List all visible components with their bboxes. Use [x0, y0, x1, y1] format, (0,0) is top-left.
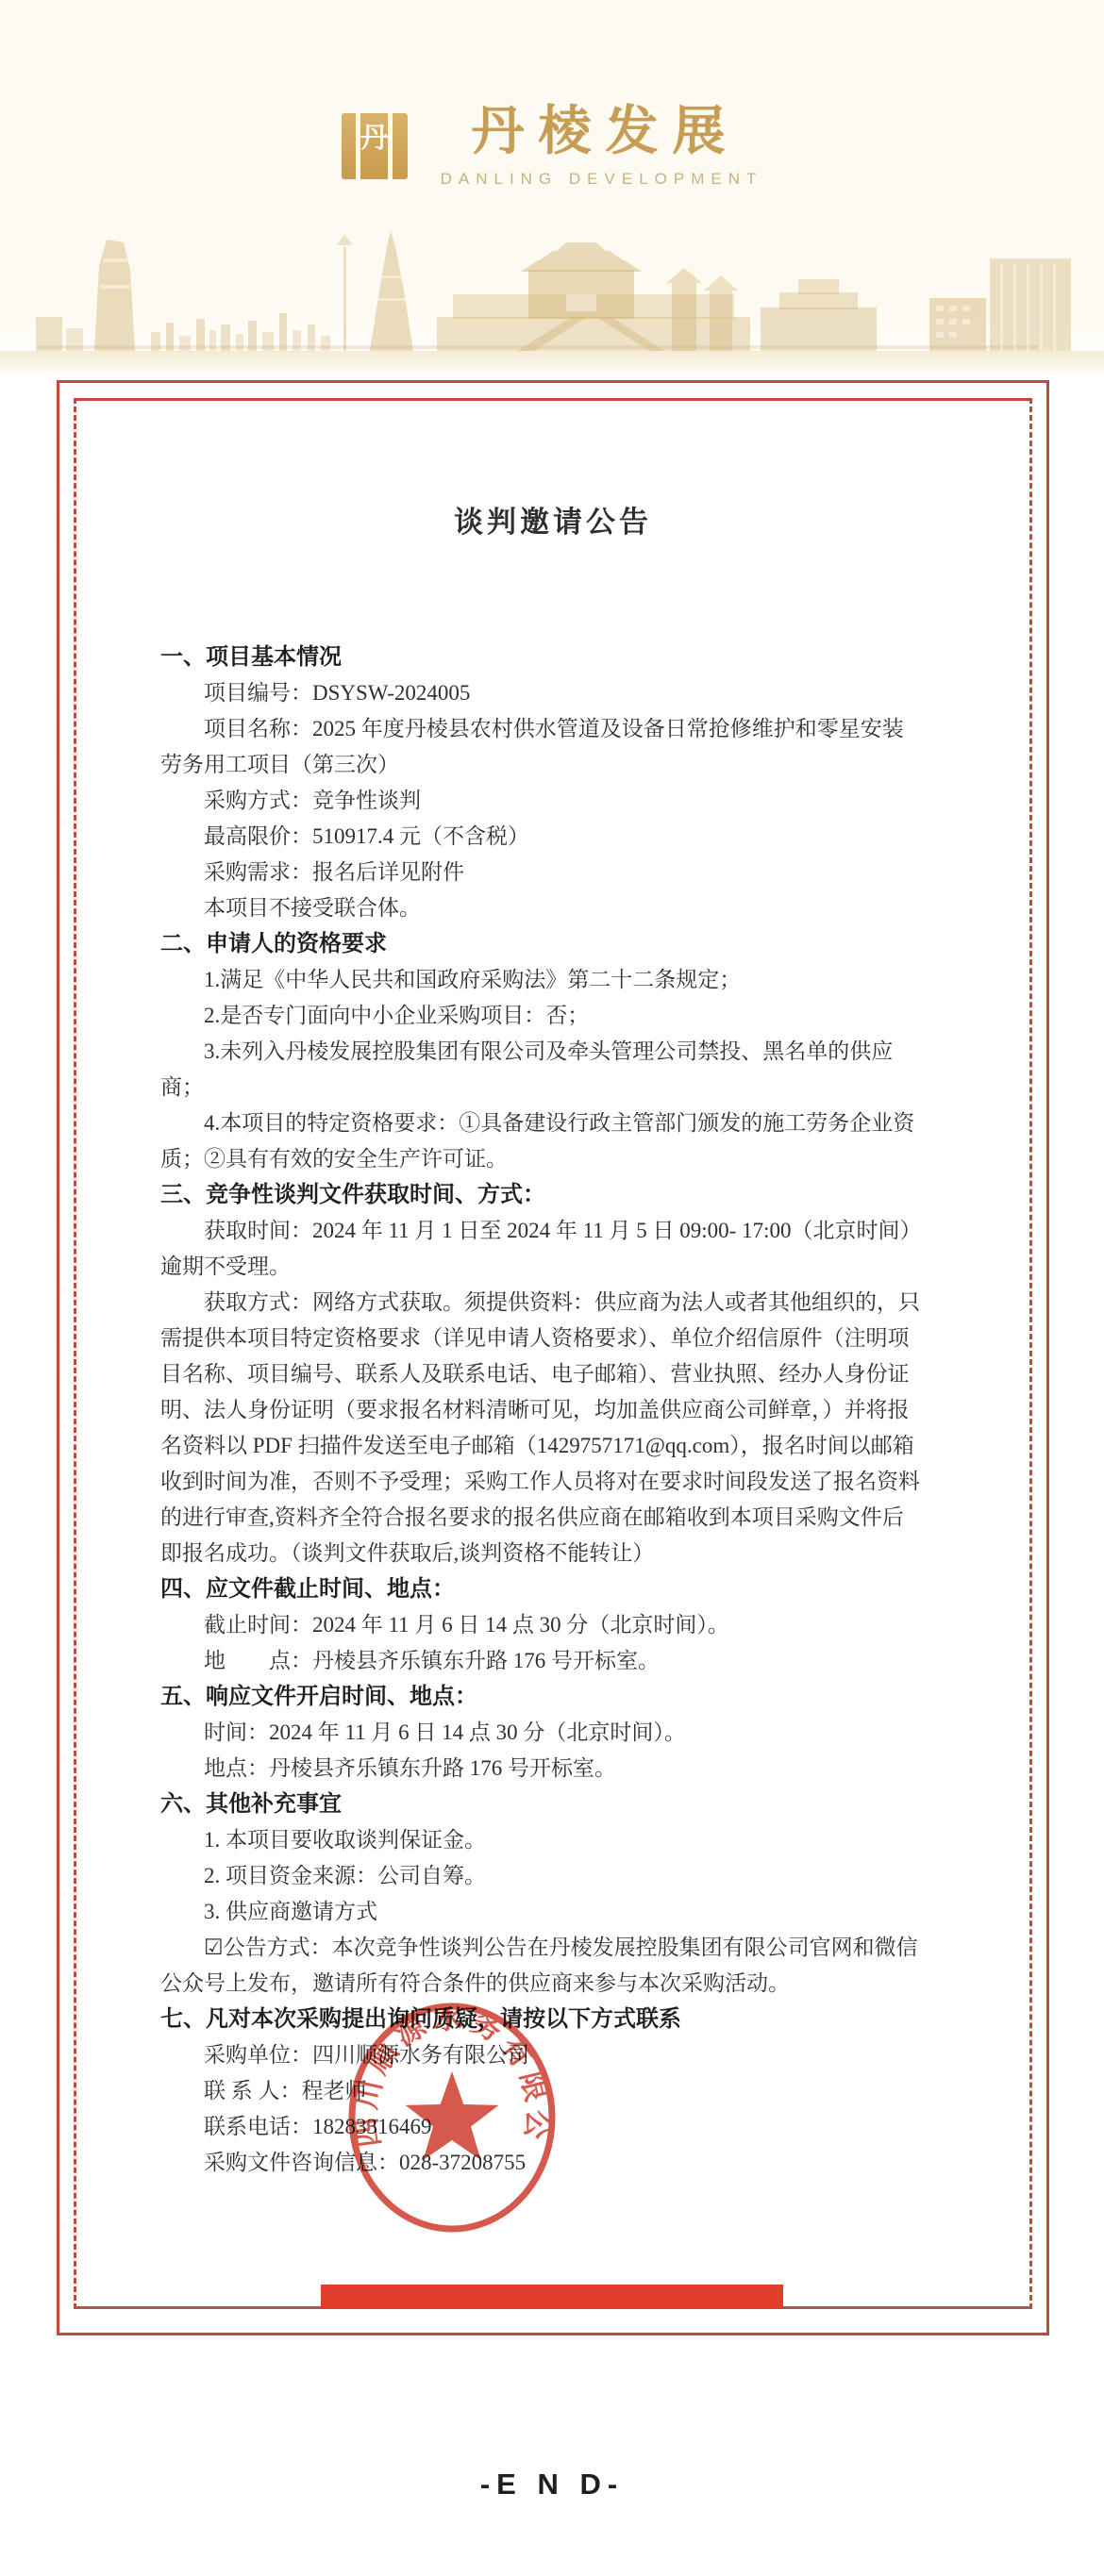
- city-skyline-illustration: [0, 226, 1104, 363]
- document-line: 一、项目基本情况: [160, 640, 958, 675]
- document-line: 质；②具有有效的安全生产许可证。: [160, 1141, 958, 1177]
- document-line: 3. 供应商邀请方式: [160, 1894, 958, 1930]
- document-line: 1. 本项目要收取谈判保证金。: [160, 1822, 958, 1858]
- end-label: -E N D-: [0, 2468, 1104, 2501]
- document-line: 的进行审查,资料齐全符合报名要求的报名供应商在邮箱收到本项目采购文件后: [160, 1500, 958, 1536]
- document-line: 联系电话：18283316469: [160, 2109, 958, 2145]
- document-line: 截止时间：2024 年 11 月 6 日 14 点 30 分（北京时间）。: [160, 1607, 958, 1643]
- document-line: 公众号上发布，邀请所有符合条件的供应商来参与本次采购活动。: [160, 1966, 958, 2002]
- document-line: 地 点：丹棱县齐乐镇东升路 176 号开标室。: [160, 1643, 958, 1679]
- document-line: 本项目不接受联合体。: [160, 890, 958, 926]
- document-line: 四、应文件截止时间、地点：: [160, 1571, 958, 1607]
- document-line: ☑公告方式：本次竞争性谈判公告在丹棱发展控股集团有限公司官网和微信: [160, 1930, 958, 1966]
- company-logo: 丹 丹棱发展 DANLING DEVELOPMENT: [0, 104, 1104, 189]
- document-line: 名资料以 PDF 扫描件发送至电子邮箱（1429757171@qq.com），报…: [160, 1428, 958, 1464]
- document-line: 2.是否专门面向中小企业采购项目：否；: [160, 998, 958, 1034]
- logo-subtitle: DANLING DEVELOPMENT: [434, 170, 763, 189]
- document-line: 商；: [160, 1070, 958, 1105]
- document-line: 2. 项目资金来源：公司自筹。: [160, 1858, 958, 1894]
- logo-title: 丹棱发展: [457, 104, 739, 160]
- skyline-fade: [0, 351, 1104, 377]
- document-line: 目名称、项目编号、联系人及联系电话、电子邮箱）、营业执照、经办人身份证: [160, 1356, 958, 1392]
- document-line: 采购需求：报名后详见附件: [160, 855, 958, 890]
- document-lines: 一、项目基本情况项目编号：DSYSW-2024005项目名称：2025 年度丹棱…: [160, 640, 958, 2181]
- logo-texts: 丹棱发展 DANLING DEVELOPMENT: [434, 104, 763, 189]
- document-line: 三、竞争性谈判文件获取时间、方式：: [160, 1177, 958, 1213]
- document-line: 地点：丹棱县齐乐镇东升路 176 号开标室。: [160, 1751, 958, 1787]
- document-line: 项目名称：2025 年度丹棱县农村供水管道及设备日常抢修维护和零星安装: [160, 711, 958, 747]
- document-line: 时间：2024 年 11 月 6 日 14 点 30 分（北京时间）。: [160, 1715, 958, 1751]
- document-line: 最高限价：510917.4 元（不含税）: [160, 819, 958, 855]
- document-line: 劳务用工项目（第三次）: [160, 747, 958, 783]
- document-line: 六、其他补充事宜: [160, 1787, 958, 1822]
- document-line: 4.本项目的特定资格要求：①具备建设行政主管部门颁发的施工劳务企业资: [160, 1105, 958, 1141]
- logo-glyph: 丹: [360, 119, 389, 158]
- document-line: 明、法人身份证明（要求报名材料清晰可见，均加盖供应商公司鲜章，）并将报: [160, 1392, 958, 1428]
- document-line: 收到时间为准，否则不予受理；采购工作人员将对在要求时间段发送了报名资料: [160, 1464, 958, 1500]
- notice-box: 谈判邀请公告 一、项目基本情况项目编号：DSYSW-2024005项目名称：20…: [57, 380, 1049, 2335]
- document-line: 1.满足《中华人民共和国政府采购法》第二十二条规定；: [160, 962, 958, 998]
- document-line: 采购单位：四川顺源水务有限公司: [160, 2037, 958, 2073]
- document-line: 获取时间：2024 年 11 月 1 日至 2024 年 11 月 5 日 09…: [160, 1213, 958, 1249]
- document-line: 采购方式：竞争性谈判: [160, 783, 958, 819]
- document-line: 即报名成功。（谈判文件获取后,谈判资格不能转让）: [160, 1536, 958, 1571]
- bottom-red-bar: [321, 2285, 783, 2309]
- danling-logo-icon: 丹: [342, 113, 408, 179]
- notice-title: 谈判邀请公告: [59, 498, 1046, 540]
- document-line: 项目编号：DSYSW-2024005: [160, 675, 958, 711]
- announcement-page: 丹 丹棱发展 DANLING DEVELOPMENT: [0, 0, 1104, 2576]
- document-line: 采购文件咨询信息：028-37208755: [160, 2145, 958, 2181]
- document-line: 获取方式：网络方式获取。须提供资料：供应商为法人或者其他组织的，只: [160, 1285, 958, 1321]
- document-line: 七、凡对本次采购提出询问质疑，请按以下方式联系: [160, 2002, 958, 2037]
- document-line: 二、申请人的资格要求: [160, 926, 958, 962]
- document-line: 3.未列入丹棱发展控股集团有限公司及牵头管理公司禁投、黑名单的供应: [160, 1034, 958, 1070]
- document-line: 需提供本项目特定资格要求（详见申请人资格要求）、单位介绍信原件（注明项: [160, 1321, 958, 1356]
- document-line: 逾期不受理。: [160, 1249, 958, 1285]
- document-line: 联 系 人：程老师: [160, 2073, 958, 2109]
- document-line: 五、响应文件开启时间、地点：: [160, 1679, 958, 1715]
